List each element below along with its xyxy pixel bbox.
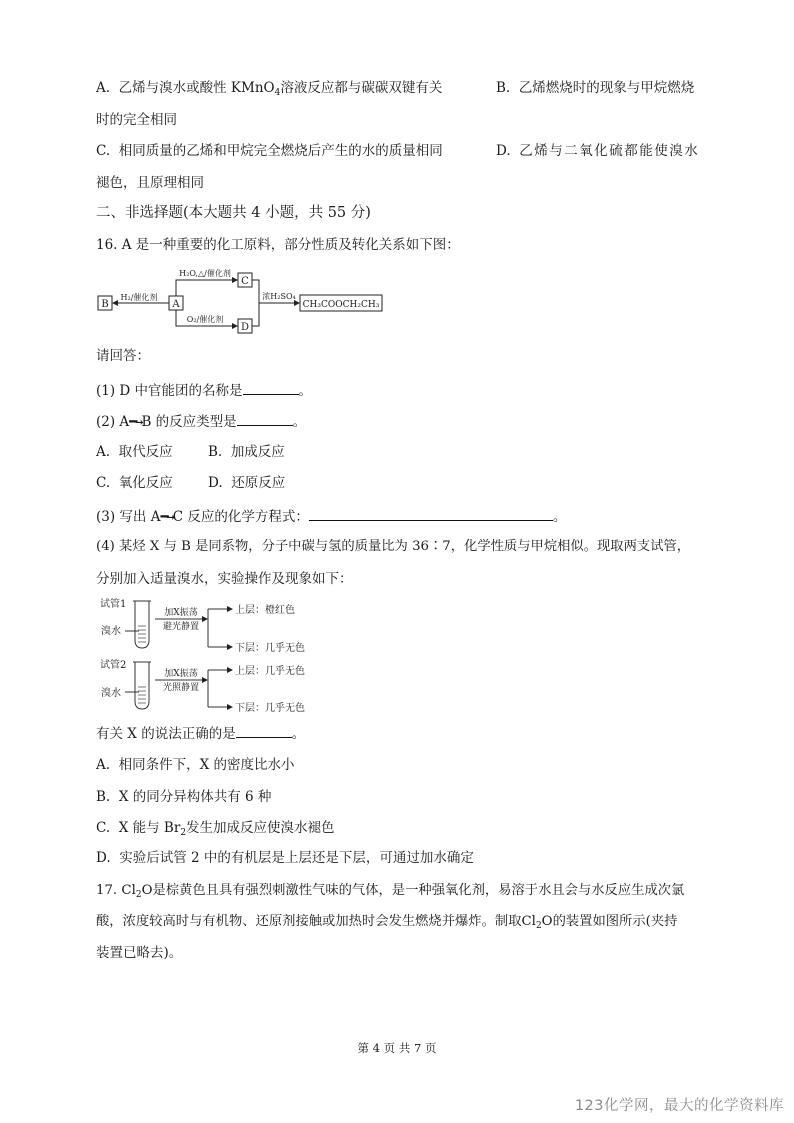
option-text: 相同质量的乙烯和甲烷完全燃烧后产生的水的质量相同 [119, 143, 443, 159]
answer-blank[interactable] [236, 724, 292, 738]
q15-option-b-continuation: 时的完全相同 [96, 111, 177, 129]
option-label: A. [96, 80, 110, 96]
test-tube-icon [135, 601, 149, 648]
site-watermark: 123化学网，最大的化学资料库 [575, 1094, 784, 1115]
q16-part4-line1: (4) 某烃 X 与 B 是同系物，分子中碳与氢的质量比为 36∶7，化学性质与… [96, 538, 690, 556]
node-b: B [98, 296, 112, 310]
formula: O [542, 914, 553, 929]
question-text: B 的反应类型是 [141, 414, 236, 430]
option-label: B. [208, 444, 222, 460]
question-number: 17. [96, 883, 117, 898]
formula: O [142, 883, 153, 898]
option-text: 褪色，且原理相同 [96, 175, 204, 191]
option-text: X 的同分异构体共有 6 种 [119, 789, 272, 805]
q16-part4-option-a: A. 相同条件下，X 的密度比水小 [96, 756, 295, 774]
q16-part4-option-d: D. 实验后试管 2 中的有机层是上层还是下层，可通过加水确定 [96, 849, 474, 867]
question-text: C 反应的化学方程式： [173, 509, 309, 525]
q16-part4-line2: 分别加入适量溴水，实验操作及现象如下： [96, 570, 353, 588]
option-label: B. [96, 789, 110, 805]
section-title-text: 二、非选择题(本大题共 4 小题，共 55 分) [96, 205, 371, 221]
test-tube-icon [135, 662, 149, 709]
q15-option-d: D. 乙烯与二氧化硫都能使溴水 [496, 142, 699, 160]
tube-label: 试管2 [100, 658, 126, 671]
svg-text:B: B [101, 299, 108, 310]
bracket-c-d [252, 280, 259, 326]
option-label: A. [96, 444, 110, 460]
lower-layer-result: 下层：几乎无色 [235, 701, 305, 714]
punctuation: 。 [292, 726, 306, 742]
q16-part1: (1) D 中官能团的名称是。 [96, 381, 312, 400]
experiment-diagram: 试管1 溴水 加X振荡 避光静置 上层：橙红色 下层：几乎无色 试管2 [95, 596, 325, 714]
lower-layer-result: 下层：几乎无色 [235, 641, 305, 654]
q16-prompt: 请回答： [96, 347, 150, 365]
option-label: B. [496, 80, 510, 96]
question-text: 酸，浓度较高时与有机物、还原剂接触或加热时会发生燃烧并爆炸。制取 [96, 914, 522, 929]
test-tube-2: 试管2 溴水 [100, 658, 151, 709]
option-label: C. [96, 820, 110, 836]
question-text: 是棕黄色且具有强烈刺激性气味的气体，是一种强氧化剂，易溶于水且会与水反应生成次氯 [152, 883, 684, 898]
option-text: 时的完全相同 [96, 112, 177, 128]
watermark-text: 123化学网，最大的化学资料库 [575, 1098, 784, 1114]
reagent-label: 溴水 [101, 624, 121, 637]
answer-blank[interactable] [243, 381, 299, 395]
section-title: 二、非选择题(本大题共 4 小题，共 55 分) [96, 204, 371, 222]
svg-text:A: A [171, 299, 180, 310]
node-a: A [169, 296, 183, 310]
tube-label: 试管1 [100, 597, 126, 610]
upper-layer-result: 上层：橙红色 [235, 603, 295, 616]
question-text: 装置已略去)。 [96, 945, 182, 961]
edge-label-a-to-d: O₂/催化剂 [187, 314, 223, 324]
option-label: D. [208, 475, 223, 491]
option-text: 乙烯燃烧时的现象与甲烷燃烧 [519, 80, 695, 96]
q17-line3: 装置已略去)。 [96, 944, 182, 962]
question-text: (3) 写出 A [96, 509, 160, 525]
punctuation: 。 [299, 383, 313, 399]
edge-label-a-to-c: H₂O,△/催化剂 [179, 268, 231, 278]
page-footer: 第 4 页 共 7 页 [0, 1040, 794, 1056]
reaction-arrow-icon: ━→ [160, 509, 172, 525]
q15-option-b: B. 乙烯燃烧时的现象与甲烷燃烧 [496, 79, 694, 97]
formula: Cl [522, 914, 536, 929]
question-text: (1) D 中官能团的名称是 [96, 383, 243, 399]
prompt-text: 请回答： [96, 348, 150, 364]
operation-label: 光照静置 [163, 681, 199, 693]
punctuation: 。 [553, 509, 567, 525]
question-text: 有关 X 的说法正确的是 [96, 726, 236, 742]
option-text: 加成反应 [231, 444, 285, 460]
option-text: 取代反应 [119, 444, 173, 460]
option-label: D. [96, 850, 111, 866]
q15-option-d-continuation: 褪色，且原理相同 [96, 174, 204, 192]
question-text: 分别加入适量溴水，实验操作及现象如下： [96, 571, 353, 587]
q16-part2: (2) A━→B 的反应类型是。 [96, 412, 306, 431]
q16-part2-option-d: D. 还原反应 [208, 474, 285, 492]
q16-part2-option-a: A. 取代反应 [96, 443, 173, 461]
option-text: 溶液反应都与碳碳双键有关 [280, 80, 442, 96]
option-label: C. [96, 475, 110, 491]
option-text: 相同条件下，X 的密度比水小 [119, 757, 295, 773]
option-label: A. [96, 757, 110, 773]
q16-part2-option-c: C. 氧化反应 [96, 474, 173, 492]
q16-part4-question: 有关 X 的说法正确的是。 [96, 724, 305, 743]
q17-line2: 酸，浓度较高时与有机物、还原剂接触或加热时会发生燃烧并爆炸。制取Cl2O的装置如… [96, 913, 677, 931]
option-text: 乙烯与二氧化硫都能使溴水 [519, 143, 699, 159]
upper-layer-result: 上层：几乎无色 [235, 664, 305, 677]
option-text: 发生加成反应使溴水褪色 [186, 820, 335, 836]
test-tube-1: 试管1 溴水 [100, 597, 151, 648]
option-text: 还原反应 [231, 475, 285, 491]
question-text: (4) 某烃 X 与 B 是同系物，分子中碳与氢的质量比为 36∶7，化学性质与… [96, 539, 690, 554]
option-text: X 能与 Br [119, 820, 181, 836]
option-text: 乙烯与溴水或酸性 KMnO [119, 80, 275, 96]
formula: Cl [121, 883, 135, 898]
q16-part3: (3) 写出 A━→C 反应的化学方程式：。 [96, 507, 566, 526]
operation-label: 避光静置 [163, 620, 199, 632]
question-stem: 16. A 是一种重要的化工原料，部分性质及转化关系如下图： [96, 237, 460, 253]
q15-option-a: A. 乙烯与溴水或酸性 KMnO4溶液反应都与碳碳双键有关 [96, 79, 442, 97]
page-number: 第 4 页 共 7 页 [358, 1041, 437, 1055]
reagent-label: 溴水 [101, 686, 121, 699]
q16-part2-option-b: B. 加成反应 [208, 443, 285, 461]
edge-label-to-product: 浓H₂SO₄ [262, 291, 295, 301]
q16-stem: 16. A 是一种重要的化工原料，部分性质及转化关系如下图： [96, 236, 460, 254]
operation-label: 加X振荡 [164, 667, 197, 679]
node-d: D [238, 319, 252, 333]
option-label: D. [496, 143, 511, 159]
arrow-a-to-c [176, 280, 237, 296]
answer-blank[interactable] [237, 412, 293, 426]
reaction-scheme-diagram: B A H₂/催化剂 H₂O,△/催化剂 O₂/催化剂 C D 浓H₂SO₄ [95, 264, 395, 339]
question-text: 的装置如图所示(夹持 [553, 914, 678, 929]
q17-line1: 17. Cl2O是棕黄色且具有强烈刺激性气味的气体，是一种强氧化剂，易溶于水且会… [96, 882, 684, 900]
node-product: CH₃COOCH₂CH₃ [300, 295, 382, 311]
edge-label-a-to-b: H₂/催化剂 [121, 292, 158, 302]
node-c: C [238, 273, 252, 287]
option-text: 氧化反应 [119, 475, 173, 491]
q16-part4-option-b: B. X 的同分异构体共有 6 种 [96, 788, 271, 806]
reaction-arrow-icon: ━→ [129, 414, 141, 430]
q16-part4-option-c: C. X 能与 Br2发生加成反应使溴水褪色 [96, 819, 335, 837]
option-text: 实验后试管 2 中的有机层是上层还是下层，可通过加水确定 [119, 850, 474, 866]
svg-text:CH₃COOCH₂CH₃: CH₃COOCH₂CH₃ [303, 300, 380, 310]
svg-text:D: D [241, 322, 249, 333]
operation-label: 加X振荡 [164, 606, 197, 618]
answer-blank[interactable] [309, 507, 553, 521]
q15-option-c: C. 相同质量的乙烯和甲烷完全燃烧后产生的水的质量相同 [96, 142, 443, 160]
option-label: C. [96, 143, 110, 159]
question-text: (2) A [96, 414, 129, 430]
punctuation: 。 [293, 414, 307, 430]
svg-text:C: C [241, 276, 249, 287]
